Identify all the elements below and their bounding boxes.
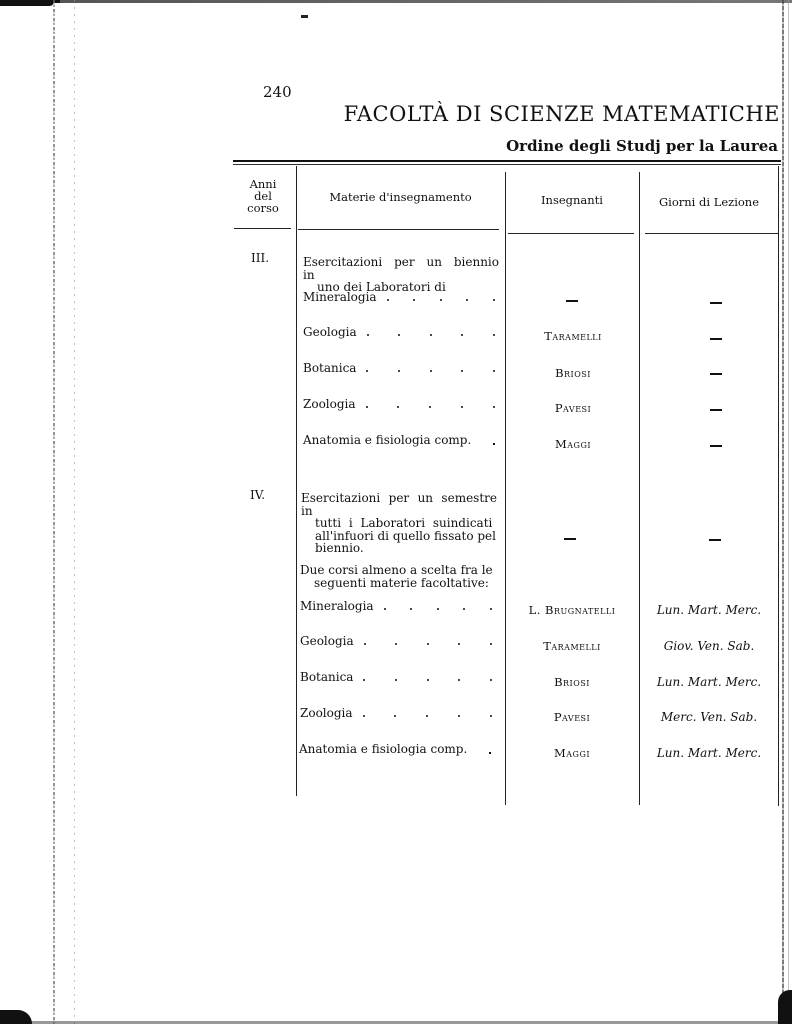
header-anni-line: corso	[234, 202, 292, 214]
lesson-days: Merc. Ven. Sab.	[641, 711, 777, 724]
subject-label: Anatomia e fisiologia comp.	[303, 433, 471, 447]
page-edge-line	[782, 0, 784, 1024]
table-row-subject: Zoologia	[303, 398, 495, 411]
column-divider	[296, 166, 297, 796]
scan-blot	[778, 990, 792, 1024]
subject-label: Botanica	[303, 362, 356, 375]
teacher-name: Briosi	[506, 676, 638, 689]
dot-leader	[366, 362, 495, 375]
teacher-name: Pavesi	[506, 711, 638, 724]
days-dash	[710, 445, 722, 447]
days-dash	[710, 373, 722, 375]
header-rule	[233, 164, 781, 165]
dot-leader	[367, 326, 495, 339]
section-note: Due corsi almeno a scelta fra le seguent…	[300, 564, 496, 589]
column-divider	[639, 172, 640, 805]
dot-leader	[363, 707, 492, 720]
header-underline	[508, 233, 634, 234]
note-line: Due corsi almeno a scelta fra le	[300, 564, 496, 577]
dot-leader	[493, 443, 495, 445]
teacher-name: Maggi	[508, 438, 638, 451]
lesson-days: Lun. Mart. Merc.	[641, 604, 777, 617]
note-line: seguenti materie facoltative:	[300, 577, 496, 590]
header-underline	[298, 229, 499, 230]
intro-line: biennio.	[301, 542, 497, 555]
dot-leader	[366, 398, 495, 411]
section-intro: Esercitazioni per un biennio in uno dei …	[303, 256, 499, 294]
table-row-subject: Geologia	[303, 326, 495, 339]
subject-label: Anatomia e fisiologia comp.	[299, 742, 467, 756]
binding-gutter-line	[74, 0, 75, 1024]
binding-gutter-line	[53, 0, 55, 1024]
subject-label: Zoologia	[303, 398, 356, 411]
subject-label: Botanica	[300, 671, 353, 684]
teacher-name: Pavesi	[508, 402, 638, 415]
dot-leader	[384, 600, 492, 613]
days-dash	[710, 409, 722, 411]
section-intro: Esercitazioni per un semestre in tutti i…	[301, 492, 497, 555]
teacher-dash	[566, 300, 578, 302]
scan-top-edge	[0, 0, 792, 3]
subject-label: Mineralogia	[300, 600, 374, 613]
days-dash	[709, 539, 721, 541]
table-row-subject: Geologia	[300, 635, 492, 648]
header-anni: Anni del corso	[234, 178, 292, 214]
table-row-subject: Mineralogia	[303, 291, 495, 304]
header-underline	[645, 233, 778, 234]
teacher-name: Maggi	[506, 747, 638, 760]
year-label: IV.	[250, 489, 265, 502]
table-row-subject: Botanica	[300, 671, 492, 684]
lesson-days: Lun. Mart. Merc.	[641, 676, 777, 689]
dot-leader	[387, 291, 495, 304]
lesson-days: Giov. Ven. Sab.	[641, 640, 777, 653]
column-divider	[778, 166, 779, 806]
days-dash	[710, 338, 722, 340]
table-row-subject: Anatomia e fisiologia comp.	[303, 434, 495, 447]
header-insegnanti: Insegnanti	[507, 194, 637, 206]
page-subtitle: Ordine degli Studj per la Laurea	[506, 137, 778, 155]
dot-leader	[363, 671, 492, 684]
dot-leader	[364, 635, 492, 648]
lesson-days: Lun. Mart. Merc.	[641, 747, 777, 760]
scan-blot	[0, 1010, 32, 1024]
teacher-name: Taramelli	[506, 640, 638, 653]
intro-line: tutti i Laboratori suindicati	[301, 517, 497, 530]
intro-line: Esercitazioni per un biennio in	[303, 256, 499, 281]
header-materie: Materie d'insegnamento	[298, 191, 503, 203]
header-giorni: Giorni di Lezione	[641, 196, 777, 208]
table-row-subject: Mineralogia	[300, 600, 492, 613]
subject-label: Zoologia	[300, 707, 353, 720]
table-row-subject: Botanica	[303, 362, 495, 375]
teacher-dash	[564, 538, 576, 540]
table-row-subject: Zoologia	[300, 707, 492, 720]
page-number: 240	[263, 83, 292, 101]
dot-leader	[489, 752, 491, 754]
year-label: III.	[251, 252, 269, 265]
header-rule	[233, 160, 781, 162]
subject-label: Geologia	[303, 326, 357, 339]
subject-label: Geologia	[300, 635, 354, 648]
scan-blot	[0, 0, 55, 6]
teacher-name: Taramelli	[508, 330, 638, 343]
subject-label: Mineralogia	[303, 291, 377, 304]
days-dash	[710, 302, 722, 304]
page-title: FACOLTÀ DI SCIENZE MATEMATICHE	[344, 102, 780, 126]
header-underline	[234, 228, 291, 229]
intro-line: Esercitazioni per un semestre in	[301, 492, 497, 517]
scan-mark	[301, 15, 308, 18]
teacher-name: Briosi	[508, 367, 638, 380]
page-edge-line	[788, 0, 789, 1024]
teacher-name: L. Brugnatelli	[506, 604, 638, 617]
table-row-subject: Anatomia e fisiologia comp.	[299, 743, 491, 756]
